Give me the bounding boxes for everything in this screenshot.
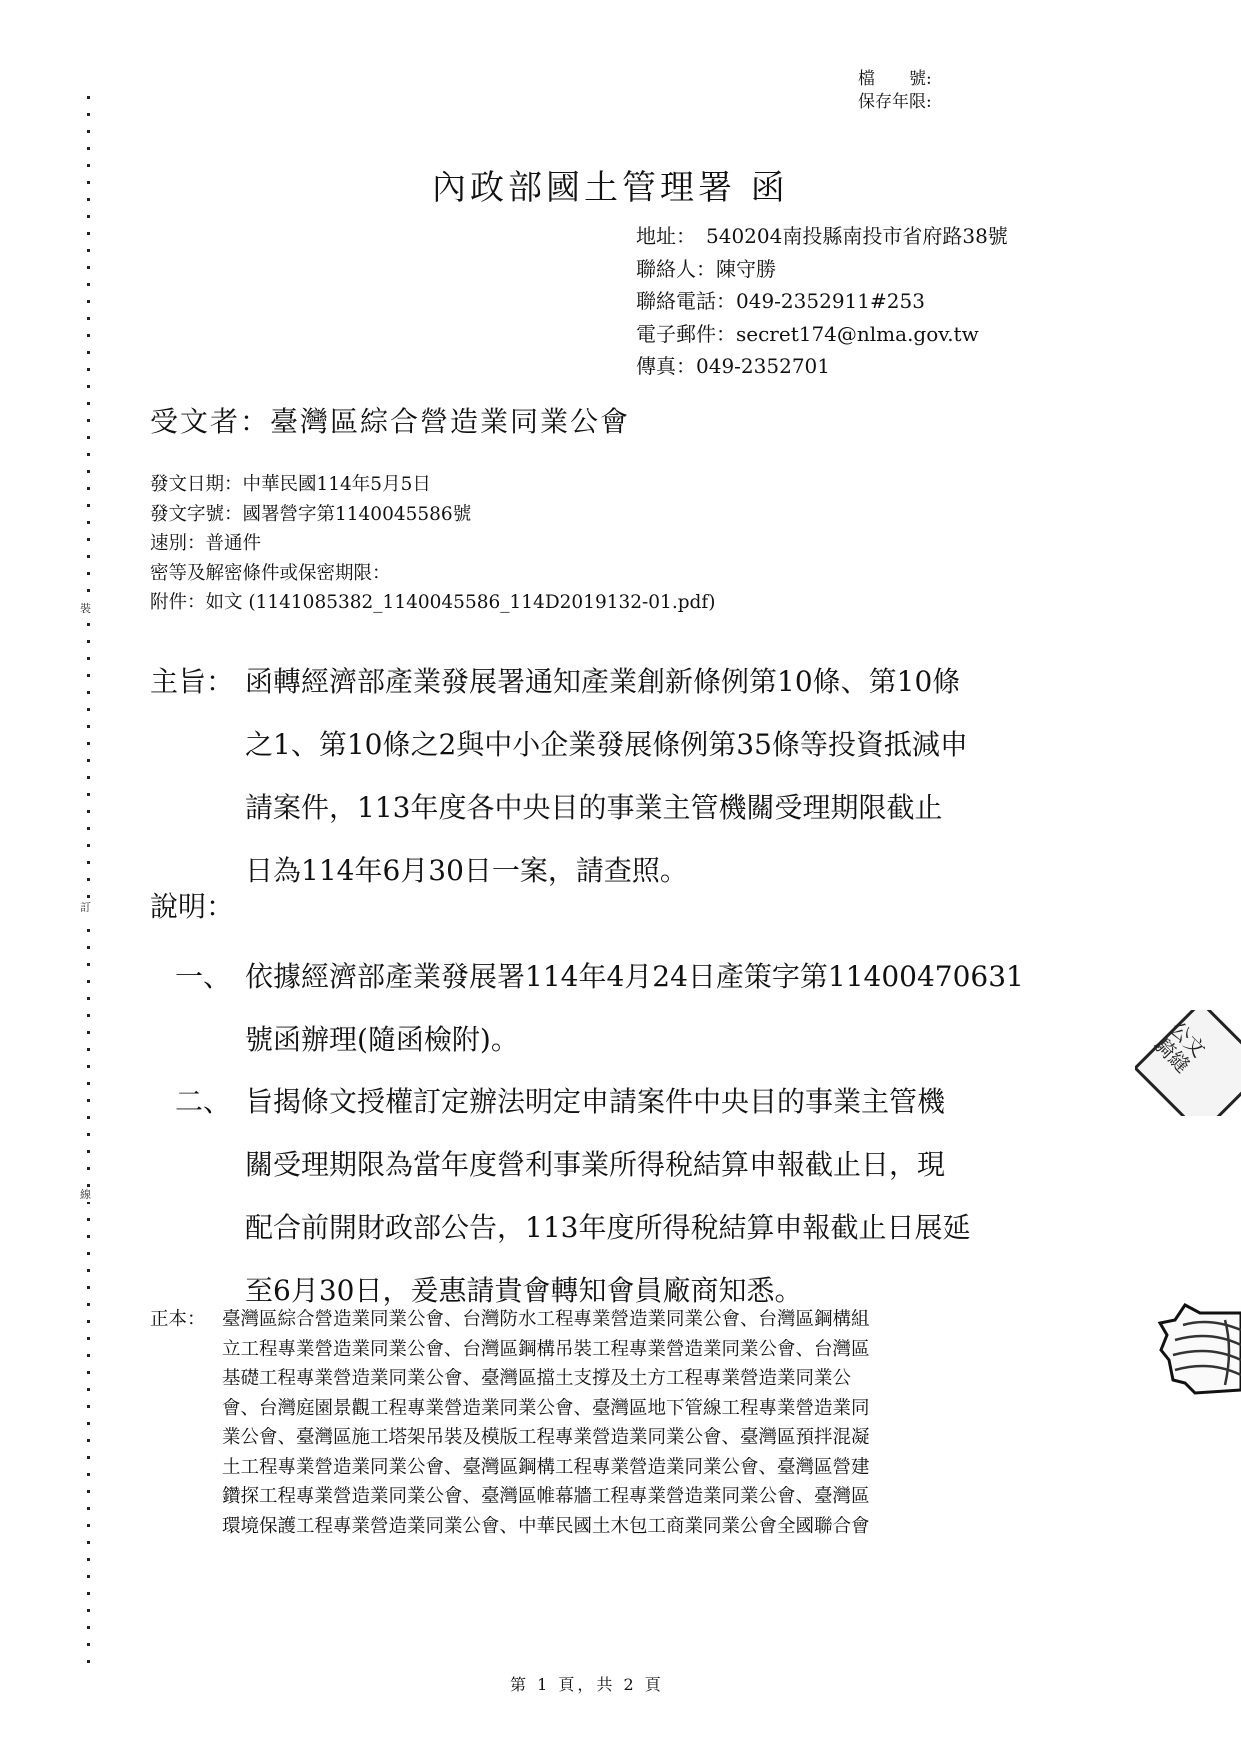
address: 地址： 540204南投縣南投市省府路38號 bbox=[636, 220, 1008, 253]
binding-dot bbox=[87, 793, 90, 796]
binding-dot bbox=[87, 1592, 90, 1595]
cc-line: 臺灣區綜合營造業同業公會、台灣防水工程專業營造業同業公會、台灣區鋼構組 bbox=[222, 1305, 1162, 1335]
binding-dot bbox=[87, 1388, 90, 1391]
attachment: 附件：如文 (1141085382_1140045586_114D2019132… bbox=[150, 588, 715, 618]
binding-dot bbox=[87, 1371, 90, 1374]
binding-dot bbox=[87, 1269, 90, 1272]
binding-dot bbox=[87, 470, 90, 473]
page-number: 第 1 頁，共 2 頁 bbox=[510, 1672, 664, 1695]
binding-dot bbox=[87, 1354, 90, 1357]
document-meta: 發文日期：中華民國114年5月5日 發文字號：國署營字第1140045586號 … bbox=[150, 470, 715, 618]
binding-dot bbox=[87, 1184, 90, 1187]
binding-dot bbox=[87, 861, 90, 864]
binding-dot bbox=[87, 776, 90, 779]
binding-dot bbox=[87, 334, 90, 337]
binding-dot bbox=[87, 1133, 90, 1136]
item-body: 旨揭條文授權訂定辦法明定申請案件中央目的事業主管機 關受理期限為當年度營利事業所… bbox=[245, 1070, 1125, 1322]
subject-line: 之1、第10條之2與中小企業發展條例第35條等投資抵減申 bbox=[245, 713, 1125, 776]
binding-dot bbox=[87, 283, 90, 286]
binding-dot bbox=[87, 640, 90, 643]
binding-dot bbox=[87, 1558, 90, 1561]
binding-dot bbox=[87, 147, 90, 150]
document-number: 發文字號：國署營字第1140045586號 bbox=[150, 500, 715, 530]
explanation-label: 說明： bbox=[150, 885, 234, 925]
binding-line: 裝 訂 線 bbox=[86, 96, 92, 1676]
item-number: 二、 bbox=[175, 1070, 231, 1133]
binding-dot bbox=[87, 657, 90, 660]
subject-line: 請案件，113年度各中央目的事業主管機關受理期限截止 bbox=[245, 776, 1125, 839]
binding-dot bbox=[87, 232, 90, 235]
binding-dot bbox=[87, 1524, 90, 1527]
binding-dot bbox=[87, 1337, 90, 1340]
binding-dot bbox=[87, 385, 90, 388]
binding-dot bbox=[87, 538, 90, 541]
binding-dot bbox=[87, 96, 90, 99]
binding-dot bbox=[87, 1473, 90, 1476]
binding-dot bbox=[87, 1286, 90, 1289]
seam-stamp-icon: 公文 騎縫 bbox=[1135, 1010, 1241, 1116]
binding-dot bbox=[87, 946, 90, 949]
cc-line: 基礎工程專業營造業同業公會、臺灣區擋土支撐及土方工程專業營造業同業公 bbox=[222, 1364, 1162, 1394]
binding-dot bbox=[87, 674, 90, 677]
binding-dot bbox=[87, 249, 90, 252]
binding-dot bbox=[87, 1439, 90, 1442]
item-line: 關受理期限為當年度營利事業所得稅結算申報截止日，現 bbox=[245, 1133, 1125, 1196]
binding-dot bbox=[87, 1082, 90, 1085]
binding-dot bbox=[87, 878, 90, 881]
binding-dot bbox=[87, 895, 90, 898]
contact-person: 聯絡人：陳守勝 bbox=[636, 253, 1008, 286]
binding-dot bbox=[87, 572, 90, 575]
binding-dot bbox=[87, 1575, 90, 1578]
binding-dot bbox=[87, 1235, 90, 1238]
binding-dot bbox=[87, 997, 90, 1000]
classification: 密等及解密條件或保密期限： bbox=[150, 559, 715, 589]
binding-dot bbox=[87, 759, 90, 762]
binding-dot bbox=[87, 1456, 90, 1459]
binding-dot bbox=[87, 368, 90, 371]
binding-dot bbox=[87, 1167, 90, 1170]
cc-line: 環境保護工程專業營造業同業公會、中華民國土木包工商業同業公會全國聯合會 bbox=[222, 1512, 1162, 1542]
binding-dot bbox=[87, 725, 90, 728]
cc-line: 立工程專業營造業同業公會、台灣區鋼構吊裝工程專業營造業同業公會、台灣區 bbox=[222, 1335, 1162, 1365]
binding-dot bbox=[87, 1320, 90, 1323]
binding-dot bbox=[87, 504, 90, 507]
binding-dot bbox=[87, 844, 90, 847]
item-number: 一、 bbox=[175, 945, 231, 1008]
binding-mark-zhuang: 裝 bbox=[80, 602, 91, 616]
binding-dot bbox=[87, 1609, 90, 1612]
binding-dot bbox=[87, 1065, 90, 1068]
binding-dot bbox=[87, 419, 90, 422]
cc-body: 臺灣區綜合營造業同業公會、台灣防水工程專業營造業同業公會、台灣區鋼構組 立工程專… bbox=[222, 1305, 1162, 1541]
binding-mark-ding: 訂 bbox=[80, 901, 91, 915]
binding-dot bbox=[87, 453, 90, 456]
binding-dot bbox=[87, 708, 90, 711]
binding-dot bbox=[87, 1303, 90, 1306]
cc-line: 土工程專業營造業同業公會、臺灣區鋼構工程專業營造業同業公會、臺灣區營建 bbox=[222, 1453, 1162, 1483]
binding-dot bbox=[87, 351, 90, 354]
filing-info: 檔 號: 保存年限: bbox=[858, 68, 932, 114]
binding-dot bbox=[87, 521, 90, 524]
binding-dot bbox=[87, 1218, 90, 1221]
binding-dot bbox=[87, 1252, 90, 1255]
binding-dot bbox=[87, 1405, 90, 1408]
binding-dot bbox=[87, 1031, 90, 1034]
subject-line: 日為114年6月30日一案，請查照。 bbox=[245, 839, 1125, 902]
binding-dot bbox=[87, 691, 90, 694]
issue-date: 發文日期：中華民國114年5月5日 bbox=[150, 470, 715, 500]
binding-dot bbox=[87, 215, 90, 218]
binding-dot bbox=[87, 827, 90, 830]
binding-dot bbox=[87, 1422, 90, 1425]
cc-line: 業公會、臺灣區施工塔架吊裝及模版工程專業營造業同業公會、臺灣區預拌混凝 bbox=[222, 1423, 1162, 1453]
binding-dot bbox=[87, 113, 90, 116]
subject-body: 函轉經濟部產業發展署通知產業創新條例第10條、第10條 之1、第10條之2與中小… bbox=[245, 650, 1125, 902]
retention-period-label: 保存年限: bbox=[858, 91, 932, 114]
binding-dot bbox=[87, 402, 90, 405]
priority: 速別：普通件 bbox=[150, 529, 715, 559]
binding-dot bbox=[87, 1507, 90, 1510]
binding-dot bbox=[87, 317, 90, 320]
binding-mark-xian: 線 bbox=[80, 1188, 91, 1202]
binding-dot bbox=[87, 742, 90, 745]
binding-dot bbox=[87, 1490, 90, 1493]
cc-line: 會、台灣庭園景觀工程專業營造業同業公會、臺灣區地下管線工程專業營造業同 bbox=[222, 1394, 1162, 1424]
binding-dot bbox=[87, 963, 90, 966]
contact-email: 電子郵件：secret174@nlma.gov.tw bbox=[636, 318, 1008, 351]
subject-line: 函轉經濟部產業發展署通知產業創新條例第10條、第10條 bbox=[245, 650, 1125, 713]
binding-dot bbox=[87, 929, 90, 932]
binding-dot bbox=[87, 1116, 90, 1119]
item-line: 依據經濟部產業發展署114年4月24日產策字第11400470631 bbox=[245, 945, 1125, 1008]
binding-dot bbox=[87, 1541, 90, 1544]
contact-block: 地址： 540204南投縣南投市省府路38號 聯絡人：陳守勝 聯絡電話：049-… bbox=[636, 220, 1008, 383]
binding-dot bbox=[87, 266, 90, 269]
binding-dot bbox=[87, 300, 90, 303]
binding-dot bbox=[87, 1626, 90, 1629]
binding-dot bbox=[87, 181, 90, 184]
binding-dot bbox=[87, 130, 90, 133]
subject-label: 主旨： bbox=[150, 650, 234, 713]
binding-dot bbox=[87, 1014, 90, 1017]
cc-line: 鑽探工程專業營造業同業公會、臺灣區帷幕牆工程專業營造業同業公會、臺灣區 bbox=[222, 1482, 1162, 1512]
item-line: 號函辦理(隨函檢附)。 bbox=[245, 1008, 1125, 1071]
binding-dot bbox=[87, 1660, 90, 1663]
item-body: 依據經濟部產業發展署114年4月24日產策字第11400470631 號函辦理(… bbox=[245, 945, 1125, 1071]
contact-phone: 聯絡電話：049-2352911#253 bbox=[636, 285, 1008, 318]
binding-dot bbox=[87, 555, 90, 558]
binding-dot bbox=[87, 1150, 90, 1153]
binding-dot bbox=[87, 589, 90, 592]
binding-dot bbox=[87, 1048, 90, 1051]
binding-dot bbox=[87, 623, 90, 626]
binding-dot bbox=[87, 164, 90, 167]
binding-dot bbox=[87, 1099, 90, 1102]
recipient: 受文者：臺灣區綜合營造業同業公會 bbox=[150, 400, 630, 440]
binding-dot bbox=[87, 198, 90, 201]
contact-fax: 傳真：049-2352701 bbox=[636, 350, 1008, 383]
binding-dot bbox=[87, 436, 90, 439]
item-line: 配合前開財政部公告，113年度所得稅結算申報截止日展延 bbox=[245, 1196, 1125, 1259]
binding-dot bbox=[87, 810, 90, 813]
seal-stamp-icon bbox=[1155, 1295, 1241, 1400]
binding-dot bbox=[87, 1643, 90, 1646]
binding-dot bbox=[87, 487, 90, 490]
binding-dot bbox=[87, 980, 90, 983]
item-line: 旨揭條文授權訂定辦法明定申請案件中央目的事業主管機 bbox=[245, 1070, 1125, 1133]
document-title: 內政部國土管理署 函 bbox=[432, 160, 789, 209]
file-number-label: 檔 號: bbox=[858, 68, 932, 91]
cc-label: 正本： bbox=[150, 1305, 206, 1335]
